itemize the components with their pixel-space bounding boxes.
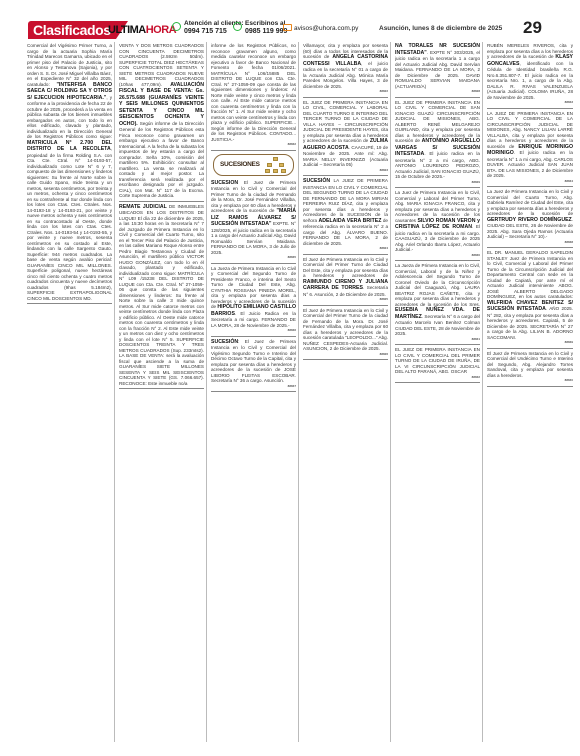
legal-notice: LA JUEZ DE PRIMERA INSTANCIA EN LO CIVIL… [487, 110, 573, 188]
legal-notice: NA TORALES NR SUCESIÓN INTESTADA". EXPTE… [395, 42, 480, 98]
column-1: Comercial del Vigésimo Primer Turno, a c… [27, 42, 115, 742]
notice-code: 88823 [303, 168, 388, 174]
legal-notice: La Juez de Primera Instancia en lo Civil… [395, 189, 480, 261]
legal-notice: EL DR. MANUEL GERALDO SAPELDIN STANLEY J… [487, 249, 573, 349]
classifieds-columns: Comercial del Vigésimo Primer Turno, a c… [27, 42, 580, 756]
notice-code: 88834 [487, 179, 573, 185]
family-tree-icon [265, 157, 287, 173]
notice-code: 88825 [303, 297, 388, 303]
column-2: VENTA Y DOS METROS CUADRADOS CON CINCUEN… [119, 42, 207, 742]
legal-notice: Villamayor, cita y emplaza por sesenta (… [303, 42, 388, 98]
notice-code: 88831 [395, 337, 480, 343]
column-5: NA TORALES NR SUCESIÓN INTESTADA". EXPTE… [395, 42, 483, 742]
envelope-icon [283, 24, 292, 31]
column-6: RUBÉN MERELES RIVEROS, cita y emplaza po… [487, 42, 575, 742]
legal-notice: Comercial del Vigésimo Primer Turno, a c… [27, 42, 112, 304]
notice-code: 88822 [303, 89, 388, 95]
section-title: Clasificados [33, 21, 111, 39]
notice-code: 88840 [487, 378, 573, 384]
legal-notice: EL JUEZ DE PRIMERA INSTANCIA EN LO CIVIL… [395, 346, 480, 383]
legal-notice: RUBÉN MERELES RIVEROS, cita y emplaza po… [487, 42, 573, 109]
notice-code: 88826 [303, 352, 388, 358]
notice-code: 88836 [211, 328, 296, 334]
legal-notice: SUCESIÓN LA JUEZ DE PRIMERA INSTANCIA EN… [303, 177, 388, 255]
notice-code: 88832 [211, 142, 296, 148]
notice-code: 88839 [487, 340, 573, 346]
whatsapp-icon [233, 22, 242, 31]
page-header: Clasificados ULTIMAHORA Atención al clie… [0, 0, 580, 40]
column-4: Villamayor, cita y emplaza por sesenta (… [303, 42, 391, 742]
section-header-sucesiones: SUCESIONES [213, 154, 294, 176]
legal-notice: SUCESIÓN: El Juez de Primera Instancia e… [211, 338, 296, 393]
notice-code: 88830 [395, 253, 480, 259]
notice-code: 88838 [487, 240, 573, 246]
legal-notice: VENTA Y DOS METROS CUADRADOS CON CINCUEN… [119, 42, 204, 202]
legal-notice: EL JUEZ DE PRIMERA INSTANCIA EN LO CIVIL… [395, 99, 480, 189]
notice-code: 88828 [395, 89, 480, 95]
notice-code: 88833 [487, 100, 573, 106]
legal-notice: El Juez de Primera Instancia en lo Civil… [303, 256, 388, 306]
whatsapp-icon [172, 22, 181, 31]
notice-code: 88832 [395, 375, 480, 381]
legal-notice: La Jueza de Primera Instancia en lo Civi… [211, 265, 296, 337]
column-3: informe de los Registros Públicos, no re… [211, 42, 299, 742]
newspaper-logo: ULTIMAHORA [108, 24, 176, 36]
legal-notice: El Juez de Primera Instancia en lo Civil… [487, 350, 573, 387]
page-number: 29 [523, 18, 542, 38]
legal-notice: EL JUEZ DE PRIMERA INSTANCIA EN LO CIVIL… [303, 99, 388, 177]
legal-notice: El Juez de Primera Instancia en lo Civil… [303, 307, 388, 361]
legal-notice: REMATE JUDICIAL DE INMUEBLES UBICADOS EN… [119, 203, 204, 390]
contact-email: avisos@uhora.com.py [283, 24, 358, 32]
notice-code: 88829 [395, 180, 480, 186]
publication-date: Asunción, lunes 8 de diciembre de 2025 [379, 25, 502, 32]
notice-code: 88835 [211, 255, 296, 261]
legal-notice: La Juez de Primera Instancia en lo Civil… [487, 188, 573, 248]
notice-code: 88824 [303, 246, 388, 252]
legal-notice: informe de los Registros Públicos, no re… [211, 42, 296, 151]
section-label: SUCESIONES [220, 162, 260, 168]
contact-write: Escribinos al 0985 119 999 [233, 20, 287, 36]
legal-notice: La Jueza de Primera Instancia en lo Civi… [395, 262, 480, 345]
notice-code: 88837 [211, 384, 296, 390]
legal-notice: SUCESION El Juez de Primera Instancia en… [211, 179, 296, 264]
